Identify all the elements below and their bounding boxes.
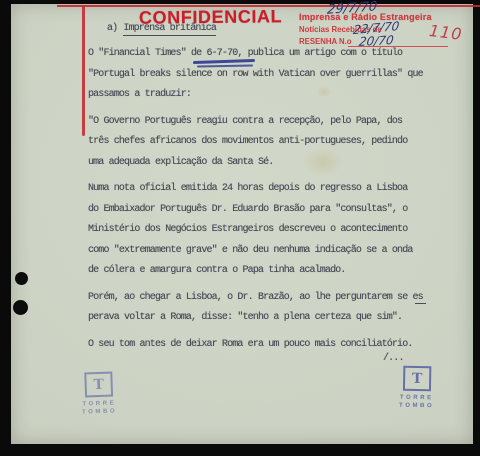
paragraph-intro: O "Financial Times" de 6-7-70, publica u… (88, 44, 440, 106)
section-heading: a)Imprensa britânica (107, 23, 216, 34)
paragraph-translation-3: Porém, ao chegar a Lisboa, o Dr. Brazão,… (88, 288, 440, 329)
archive-stamp-text-torre: TORRE (391, 395, 443, 402)
archive-stamp-text-tombo: TOMBO (391, 403, 443, 410)
typed-hyphenation-underline (415, 303, 426, 304)
paragraph-translation-4: O seu tom antes de deixar Roma era um po… (88, 335, 440, 356)
paragraph-translation-1: "O Governo Português reagiu contra a rec… (88, 112, 440, 174)
archive-stamp-right: T TORRE TOMBO (391, 366, 444, 410)
archive-stamp-left: T TORRE TOMBO (72, 371, 125, 416)
archive-stamp-logo-icon: T (403, 366, 431, 391)
red-margin-line-vertical (82, 6, 85, 136)
document-body: O "Financial Times" de 6-7-70, publica u… (88, 44, 440, 361)
paragraph-translation-2: Numa nota oficial emitida 24 horas depoi… (88, 179, 440, 282)
section-heading-prefix: a) (107, 23, 117, 34)
section-heading-title: Imprensa britânica (123, 23, 216, 36)
scanned-document: CONFIDENCIAL a)Imprensa britânica Impren… (0, 0, 480, 456)
continuation-mark: /... (383, 353, 404, 364)
document-page: CONFIDENCIAL a)Imprensa britânica Impren… (11, 4, 473, 444)
handwritten-page-number: 110 (428, 21, 464, 44)
archive-stamp-text-tombo: TOMBO (74, 408, 126, 416)
punch-hole-top (15, 272, 28, 285)
punch-hole-bottom (13, 300, 28, 315)
archive-stamp-text-torre: TORRE (73, 400, 125, 408)
archive-stamp-logo-icon: T (84, 372, 113, 398)
